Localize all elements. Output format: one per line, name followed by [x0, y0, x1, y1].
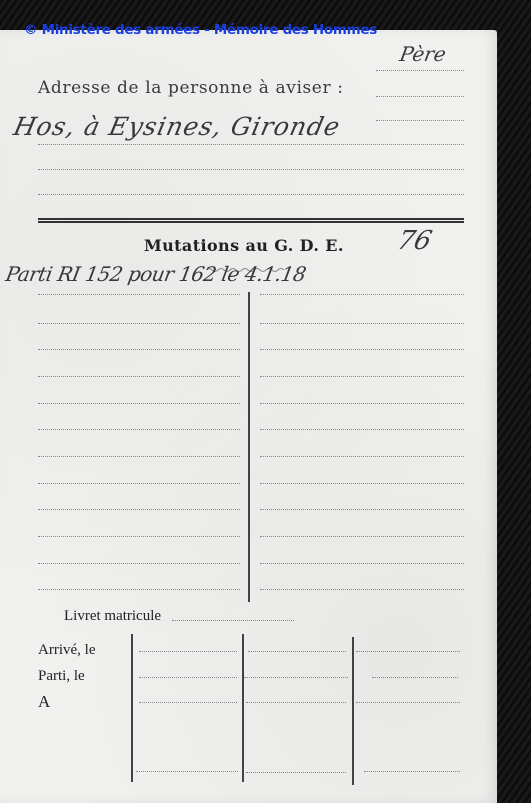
livret-matricule-line: [172, 620, 294, 621]
arrive-label: Arrivé, le: [38, 642, 95, 659]
address-line-1: [376, 120, 464, 121]
handwritten-address: Hos, à Eysines, Gironde: [11, 112, 343, 141]
handwritten-number: 76: [394, 226, 435, 256]
parti-label: Parti, le: [38, 668, 85, 685]
copyright-watermark: © Ministère des armées - Mémoire des Hom…: [24, 22, 377, 38]
livret-matricule-label: Livret matricule: [64, 608, 161, 625]
relation-line: [376, 70, 464, 71]
handwritten-relation: Père: [398, 42, 448, 66]
column-divider: [248, 292, 250, 602]
a-label: A: [38, 692, 50, 712]
address-line-4: [38, 194, 464, 195]
address-label: Adresse de la personne à aviser :: [38, 78, 344, 98]
section-divider: [38, 218, 464, 223]
mutations-title: Mutations au G. D. E.: [144, 236, 344, 255]
livret-col-divider-2: [242, 634, 244, 782]
livret-col-divider-3: [352, 637, 354, 785]
document-page: Père Adresse de la personne à aviser : H…: [0, 30, 497, 803]
livret-col-divider-1: [131, 634, 133, 782]
address-line-0: [376, 96, 464, 97]
address-line-2: [38, 144, 464, 145]
address-line-3: [38, 169, 464, 170]
mutation-entry-handwritten: Parti RI 152 pour 162 le 4.1.18: [4, 262, 308, 286]
